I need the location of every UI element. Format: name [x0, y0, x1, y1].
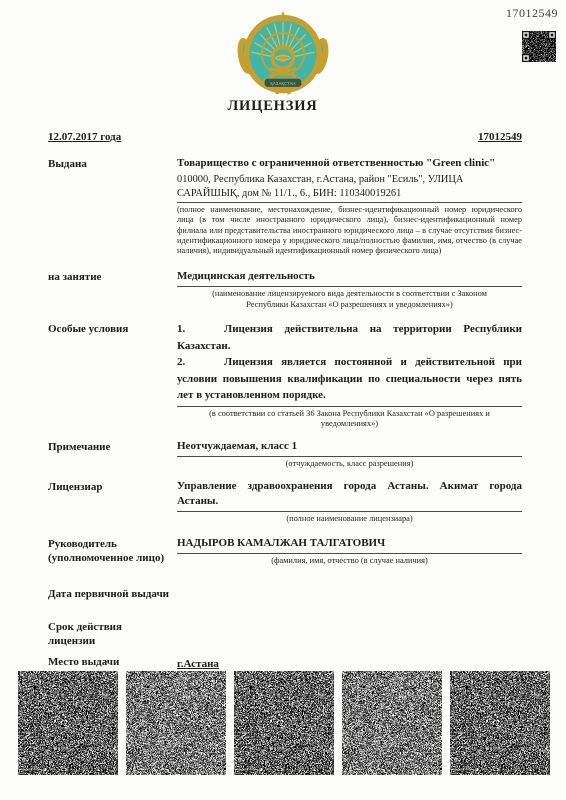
- special-condition-item: 2.Лицензия является постоянной и действи…: [177, 354, 522, 404]
- issue-date: 12.07.2017 года: [48, 131, 121, 143]
- stamp-block: [234, 671, 334, 775]
- activity-caption: (наименование лицензируемого вида деятел…: [177, 289, 522, 310]
- head-caption: (фамилия, имя, отчество (в случае наличи…: [177, 556, 522, 567]
- head-label: Руководитель (уполномоченное лицо): [48, 536, 177, 567]
- head-name: НАДЫРОВ КАМАЛЖАН ТАЛГАТОВИЧ: [177, 536, 522, 551]
- section-special-conditions: Особые условия 1.Лицензия действительна …: [48, 321, 522, 430]
- stamp-block: [126, 671, 226, 775]
- license-document: 17012549: [0, 0, 566, 800]
- section-licensor: Лицензиар Управление здравоохранения гор…: [48, 479, 522, 525]
- licensee-address: 010000, Республика Казахстан, г.Астана, …: [177, 173, 522, 200]
- special-conditions-label: Особые условия: [48, 321, 177, 430]
- issue-place-label: Место выдачи: [48, 654, 177, 672]
- section-issue-place: Место выдачи г.Астана: [48, 654, 522, 672]
- kazakhstan-emblem-icon: ҚАЗАҚСТАН: [234, 11, 332, 99]
- section-head: Руководитель (уполномоченное лицо) НАДЫР…: [48, 536, 522, 567]
- note-label: Примечание: [48, 439, 177, 470]
- note-value: Неотчуждаемая, класс 1: [177, 439, 522, 454]
- qr-code-icon: [520, 30, 557, 63]
- issued-to-label: Выдана: [48, 156, 177, 256]
- first-issue-date-label: Дата первичной выдачи: [48, 586, 177, 601]
- date-and-number-row: 12.07.2017 года 17012549: [48, 131, 522, 143]
- issued-to-block: Товарищество с ограниченной ответственно…: [177, 156, 522, 203]
- section-activity: на занятие Медицинская деятельность (наи…: [48, 269, 522, 310]
- licensor-label: Лицензиар: [48, 479, 177, 525]
- section-issued-to: Выдана Товарищество с ограниченной ответ…: [48, 156, 522, 256]
- licensee-name: Товарищество с ограниченной ответственно…: [177, 156, 522, 171]
- section-note: Примечание Неотчуждаемая, класс 1 (отчуж…: [48, 439, 522, 470]
- special-conditions-caption: (в соответствии со статьей 36 Закона Рес…: [177, 409, 522, 430]
- stamp-block: [450, 671, 550, 775]
- activity-value: Медицинская деятельность: [177, 269, 522, 284]
- digital-stamp-row: [18, 671, 550, 775]
- licensor-value: Управление здравоохранения города Астаны…: [177, 479, 522, 509]
- emblem-banner-text: ҚАЗАҚСТАН: [270, 81, 295, 86]
- stamp-block: [18, 671, 118, 775]
- license-title: ЛИЦЕНЗИЯ: [0, 98, 545, 115]
- license-body: 12.07.2017 года 17012549 Выдана Товарище…: [48, 128, 522, 672]
- issue-place-value: г.Астана: [177, 658, 219, 670]
- section-first-issue-date: Дата первичной выдачи: [48, 586, 522, 601]
- stamp-block: [342, 671, 442, 775]
- license-number: 17012549: [478, 131, 522, 143]
- issued-to-caption: (полное наименование, местонахождение, б…: [177, 205, 522, 256]
- document-corner-number: 17012549: [506, 6, 558, 21]
- activity-label: на занятие: [48, 269, 177, 310]
- validity-label: Срок действия лицензии: [48, 619, 177, 648]
- special-condition-item: 1.Лицензия действительна на территории Р…: [177, 321, 522, 354]
- licensor-caption: (полное наименование лицензиара): [177, 514, 522, 525]
- section-validity: Срок действия лицензии: [48, 619, 522, 648]
- note-caption: (отчуждаемость, класс разрешения): [177, 459, 522, 470]
